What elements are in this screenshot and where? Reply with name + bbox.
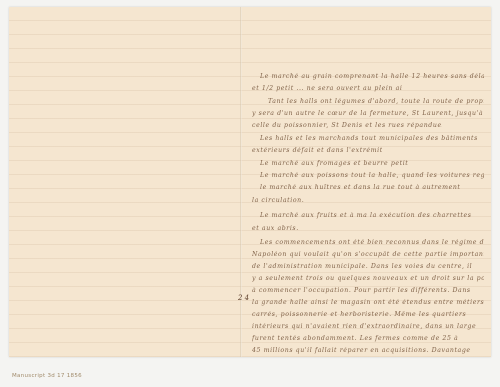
text-line: Le marché aux fruits et à ma la exécutio…: [260, 212, 484, 219]
text-line: Le marché au grain comprenant la halle 1…: [260, 73, 484, 80]
text-line: 45 millions qu'il fallait réparer en acq…: [252, 347, 484, 354]
text-line: et 1/2 petit ... ne sera ouvert au plein…: [252, 85, 402, 92]
page-number-mark: 2 4: [238, 294, 249, 302]
text-line: Le marché aux poissons tout la halle, qu…: [260, 172, 484, 179]
text-line: carrés, poissonnerie et herboristerie. M…: [252, 311, 484, 318]
right-page-text: Le marché au grain comprenant la halle 1…: [242, 7, 491, 357]
text-line: intérieurs qui n'avaient rien d'extraord…: [252, 323, 484, 330]
text-line: la circulation.: [252, 197, 312, 204]
text-line: extérieurs défait et dans l'extrémité.: [252, 147, 382, 154]
text-line: le marché aux huîtres et dans la rue tou…: [260, 184, 484, 191]
text-line: y sera d'un autre le cœur de la fermetur…: [252, 110, 484, 117]
text-line: Tant les halls ont légumes d'abord, tout…: [268, 98, 484, 105]
text-line: et aux abris.: [252, 225, 302, 232]
text-line: furent tentés abondamment. Les fermes co…: [252, 335, 484, 342]
text-line: de l'administration municipale. Dans les…: [252, 263, 484, 270]
text-line: Les halls et les marchands tout municipa…: [260, 135, 484, 142]
text-line: à commencer l'occupation. Pour partir le…: [252, 287, 484, 294]
text-line: Le marché aux fromages et beurre petit: [260, 160, 410, 167]
shelfmark-label: Manuscript 3d 17 1856: [12, 373, 82, 379]
text-line: Napoléon qui voulait qu'on s'occupât de …: [252, 251, 484, 258]
text-line: Les commencements ont été bien reconnus …: [260, 239, 484, 246]
text-line: celle du poissonnier, St Denis et les ru…: [252, 122, 442, 129]
text-line: la grande halle ainsi le magasin ont été…: [252, 299, 484, 306]
text-line: y a seulement trois ou quelques nouveaux…: [252, 275, 484, 282]
left-page-blank: [9, 7, 240, 357]
